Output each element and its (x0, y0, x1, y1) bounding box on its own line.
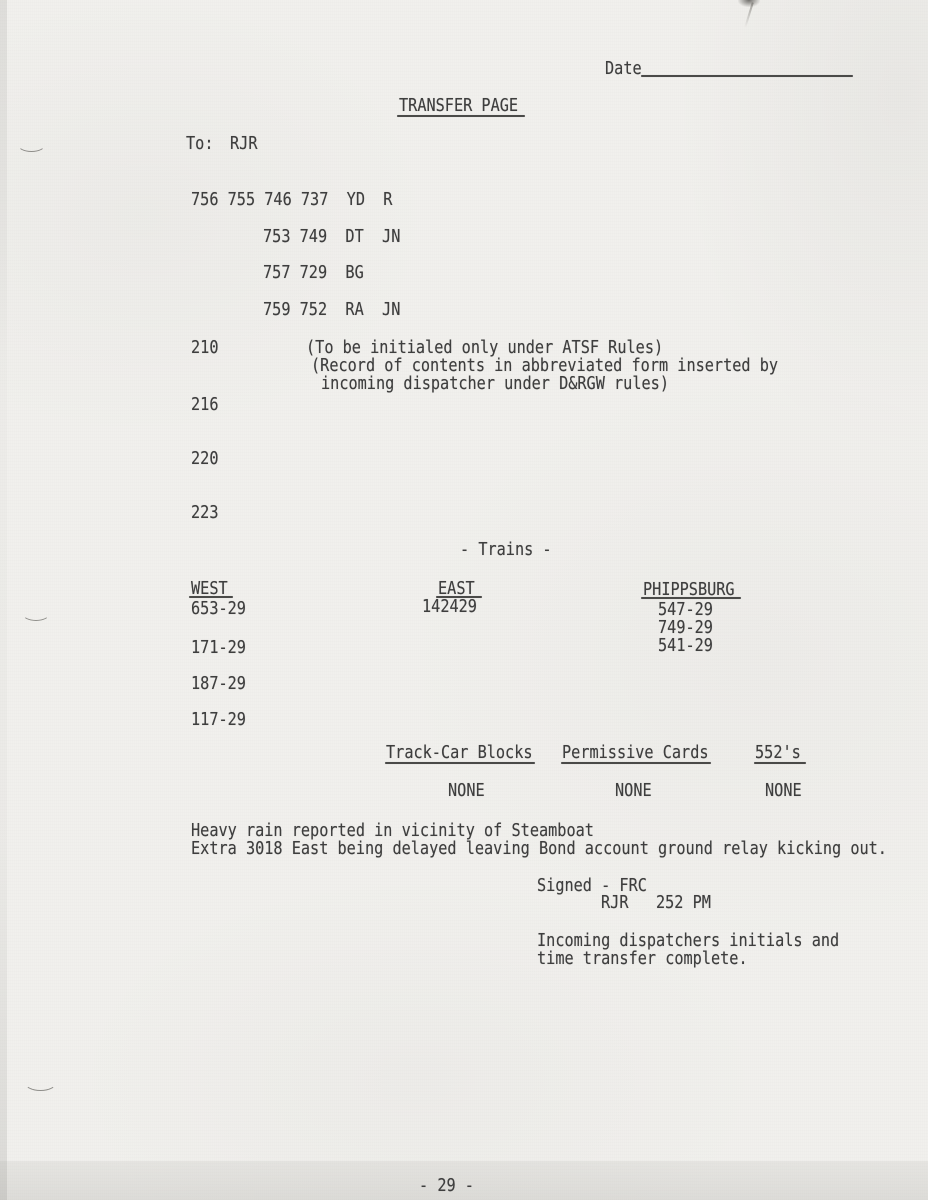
order-number: 220 (191, 450, 218, 468)
track-car-blocks-header: Track-Car Blocks (386, 744, 533, 762)
register-row: 757 729 BG (263, 264, 364, 282)
to-label: To: (186, 135, 213, 153)
permissive-cards-header: Permissive Cards (562, 744, 709, 762)
signature-note-line: time transfer complete. (537, 950, 748, 968)
permissive-cards-underline (561, 762, 711, 764)
page-title-underline (397, 115, 525, 117)
order-number: 216 (191, 396, 218, 414)
binder-hole-mark (17, 136, 46, 152)
binder-hole-mark (24, 1073, 57, 1091)
trains-west-value: 117-29 (191, 711, 246, 729)
track-car-blocks-value: NONE (448, 782, 485, 800)
date-label: Date (605, 60, 642, 78)
order-number: 210 (191, 339, 218, 357)
rule-note-line: incoming dispatcher under D&RGW rules) (321, 375, 669, 393)
scan-left-edge-shadow (0, 0, 7, 1200)
trains-west-value: 187-29 (191, 675, 246, 693)
trains-heading: - Trains - (460, 541, 552, 559)
page-number: - 29 - (419, 1177, 474, 1195)
date-blank-line (641, 75, 853, 77)
552s-header: 552's (755, 744, 801, 762)
register-row: 753 749 DT JN (263, 228, 400, 246)
trains-west-value: 653-29 (191, 600, 246, 618)
permissive-cards-value: NONE (615, 782, 652, 800)
to-value: RJR (230, 135, 257, 153)
initials-time-line: RJR 252 PM (601, 894, 711, 912)
page-title: TRANSFER PAGE (399, 97, 518, 115)
track-car-blocks-underline (385, 762, 535, 764)
register-row: 759 752 RA JN (263, 301, 400, 319)
trains-west-value: 171-29 (191, 639, 246, 657)
552s-value: NONE (765, 782, 802, 800)
register-row: 756 755 746 737 YD R (191, 191, 392, 209)
order-number: 223 (191, 504, 218, 522)
552s-underline (754, 762, 806, 764)
binder-hole-mark (22, 606, 50, 621)
remark-line: Extra 3018 East being delayed leaving Bo… (191, 840, 887, 858)
trains-east-value: 142429 (422, 598, 477, 616)
scanned-transfer-page: Date TRANSFER PAGE To: RJR 756 755 746 7… (0, 0, 928, 1200)
scan-smudge-mark (738, 0, 760, 7)
trains-phippsburg-value: 541-29 (658, 637, 713, 655)
